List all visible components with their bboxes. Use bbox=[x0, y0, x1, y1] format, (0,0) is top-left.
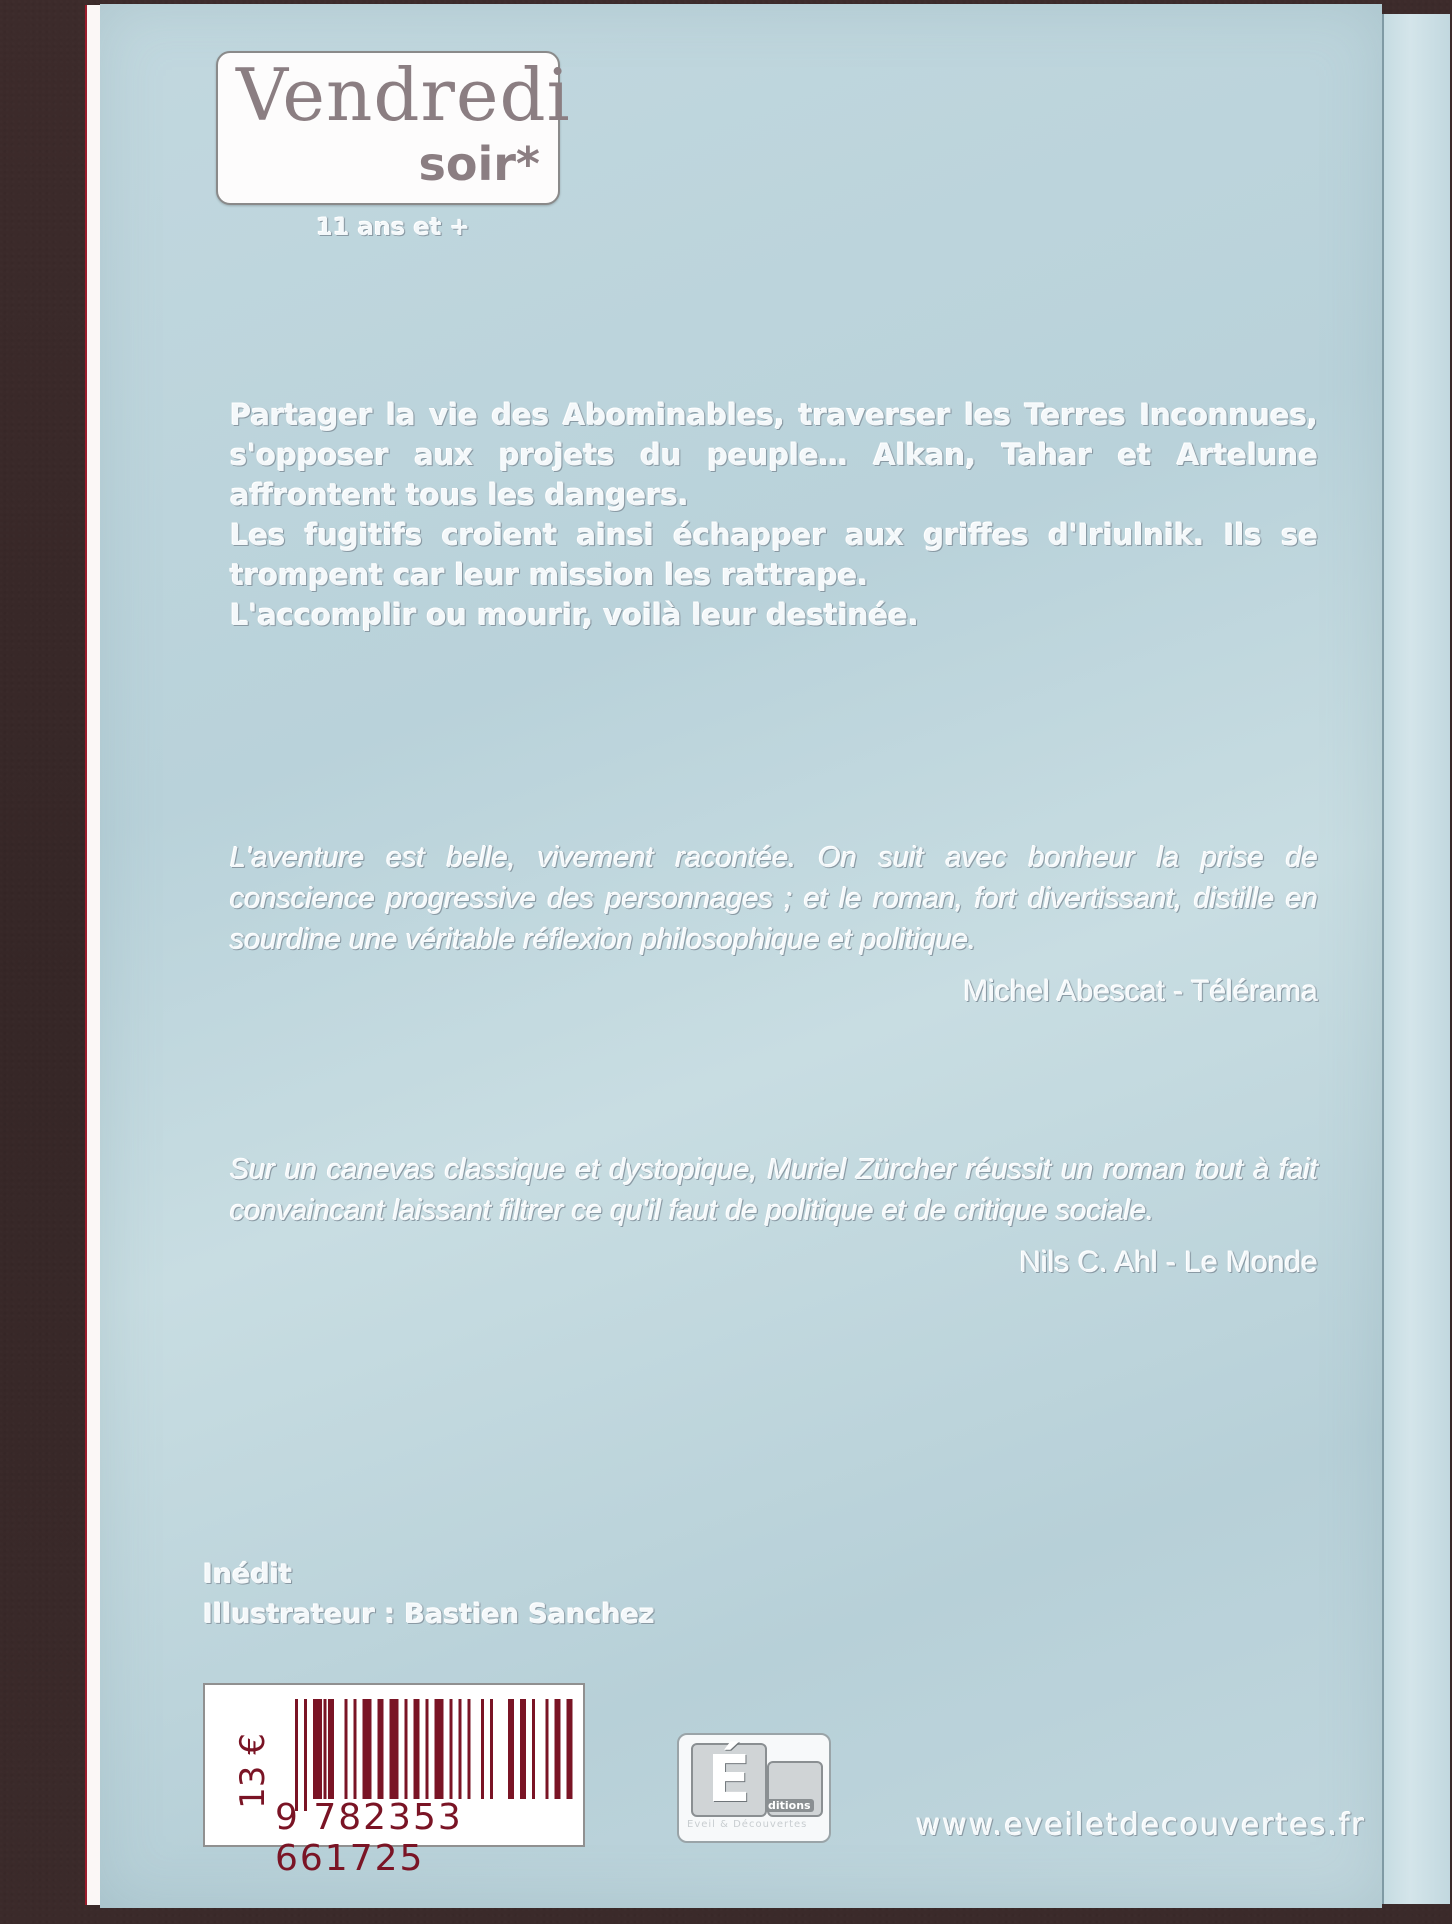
book-meta: Inédit Illustrateur : Bastien Sanchez bbox=[203, 1555, 655, 1635]
age-label: 11 ans et + bbox=[316, 213, 470, 241]
book-spine bbox=[1382, 14, 1450, 1904]
illustrator-label: Illustrateur : Bastien Sanchez bbox=[203, 1595, 655, 1635]
review-attribution: Michel Abescat - Télérama bbox=[230, 971, 1318, 1012]
publisher-name: Eveil & Découvertes bbox=[687, 1819, 807, 1830]
review-le-monde: Sur un canevas classique et dystopique, … bbox=[230, 1150, 1318, 1283]
barcode-icon bbox=[295, 1699, 575, 1811]
collection-title: Vendredi bbox=[236, 53, 571, 137]
price-label: 13 € bbox=[233, 1731, 273, 1811]
blurb-paragraph: L'accomplir ou mourir, voilà leur destin… bbox=[230, 595, 1318, 635]
publisher-logo-letter: É bbox=[691, 1743, 767, 1817]
blurb-paragraph: Les fugitifs croient ainsi échapper aux … bbox=[230, 515, 1318, 595]
collection-subtitle: soir* bbox=[419, 137, 541, 191]
review-attribution: Nils C. Ahl - Le Monde bbox=[230, 1242, 1318, 1283]
publisher-logo-word: ditions bbox=[765, 1799, 814, 1812]
blurb-paragraph: Partager la vie des Abominables, travers… bbox=[230, 395, 1318, 515]
review-telerama: L'aventure est belle, vivement racontée.… bbox=[230, 838, 1318, 1012]
review-quote: L'aventure est belle, vivement racontée.… bbox=[230, 838, 1318, 961]
review-quote: Sur un canevas classique et dystopique, … bbox=[230, 1150, 1318, 1232]
barcode-block: 13 € 9 782353 661725 bbox=[203, 1683, 585, 1847]
publisher-logo: É ditions Eveil & Découvertes bbox=[677, 1733, 831, 1843]
blurb: Partager la vie des Abominables, travers… bbox=[230, 395, 1318, 635]
isbn-number: 9 782353 661725 bbox=[275, 1797, 583, 1879]
publisher-website[interactable]: www.eveiletdecouvertes.fr bbox=[916, 1808, 1366, 1843]
status-label: Inédit bbox=[203, 1555, 655, 1595]
collection-logo: Vendredi soir* bbox=[216, 51, 560, 205]
